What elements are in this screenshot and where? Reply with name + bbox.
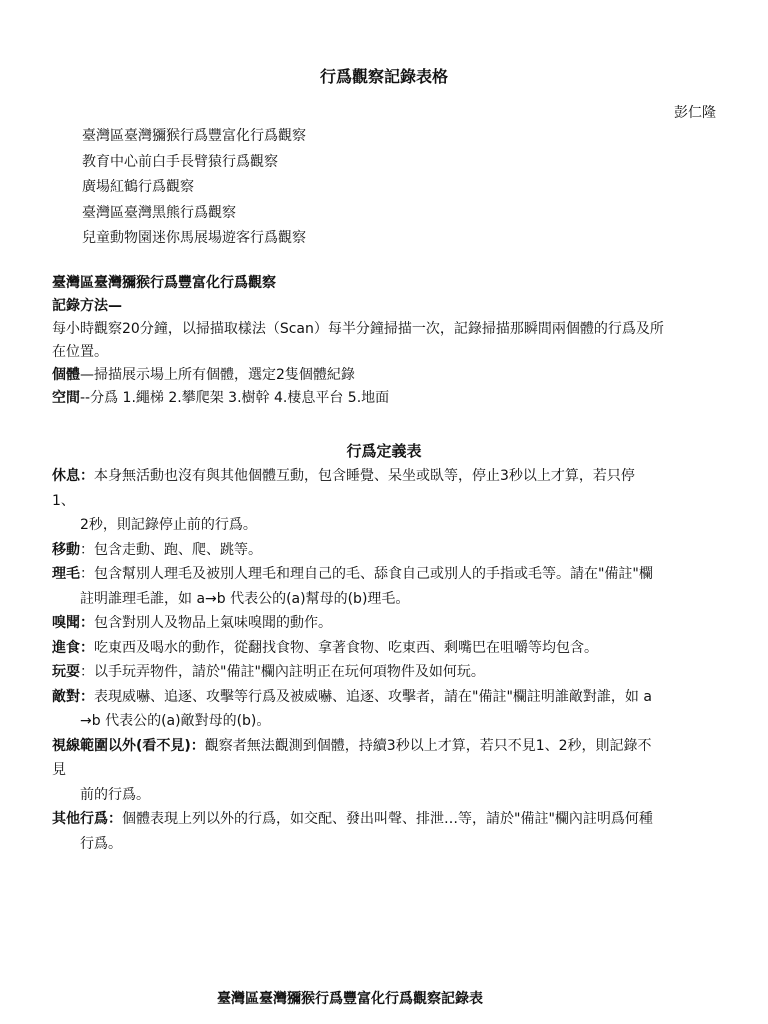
individual-row: 個體—掃描展示場上所有個體，選定2隻個體紀錄 — [52, 364, 732, 387]
toc-item: 教育中心前白手長臂猿行爲觀察 — [82, 150, 306, 176]
definition-term: 嗅聞： — [52, 615, 94, 631]
definition-term: 移動 — [52, 542, 80, 558]
definition-text: ：包含幫別人理毛及被別人理毛和理自己的毛、舔食自己或別人的手指或毛等。請在"備註… — [80, 566, 653, 582]
definition-term: 玩耍 — [52, 664, 80, 680]
method-text-line2: 在位置。 — [52, 341, 732, 364]
toc-item: 兒童動物園迷你馬展場遊客行爲觀察 — [82, 226, 306, 252]
method-label: 記錄方法— — [52, 295, 732, 318]
author-name: 彭仁隆 — [674, 102, 716, 122]
definition-out-of-sight: 視線範圍以外(看不見)：觀察者無法觀測到個體，持續3秒以上才算，若只不見1、2秒… — [52, 734, 732, 759]
definition-play: 玩耍：以手玩弄物件，請於"備註"欄內註明正在玩何項物件及如何玩。 — [52, 660, 732, 685]
definition-term: 理毛 — [52, 566, 80, 582]
behavior-definitions: 休息：本身無活動也沒有與其他個體互動，包含睡覺、呆坐或臥等，停止3秒以上才算，若… — [52, 464, 732, 856]
definition-text: 個體表現上列以外的行爲，如交配、發出叫聲、排泄…等，請於"備註"欄內註明爲何種 — [122, 811, 653, 827]
definition-hostile: 敵對：表現威嚇、追逐、攻擊等行爲及被威嚇、追逐、攻擊者，請在"備註"欄註明誰敵對… — [52, 685, 732, 710]
definition-continuation: 2秒，則記錄停止前的行爲。 — [52, 513, 732, 538]
definition-text: ：以手玩弄物件，請於"備註"欄內註明正在玩何項物件及如何玩。 — [80, 664, 485, 680]
definition-term: 休息： — [52, 468, 94, 484]
method-text-line1: 每小時觀察20分鐘，以掃描取樣法（Scan）每半分鐘掃描一次，記錄掃描那瞬間兩個… — [52, 318, 732, 341]
definition-overflow: 1、 — [52, 489, 732, 514]
space-label: 空間 — [52, 390, 80, 406]
table-of-contents: 臺灣區臺灣獼猴行爲豐富化行爲觀察 教育中心前白手長臂猿行爲觀察 廣場紅鶴行爲觀察… — [82, 124, 306, 252]
definition-sniff: 嗅聞：包含對別人及物品上氣味嗅聞的動作。 — [52, 611, 732, 636]
definition-move: 移動：包含走動、跑、爬、跳等。 — [52, 538, 732, 563]
definition-overflow: 見 — [52, 758, 732, 783]
record-sheet-title: 臺灣區臺灣獼猴行爲豐富化行爲觀察記錄表 — [0, 988, 700, 1008]
definition-continuation: 註明誰理毛誰，如 a→b 代表公的(a)幫母的(b)理毛。 — [52, 587, 732, 612]
definition-text: 本身無活動也沒有與其他個體互動，包含睡覺、呆坐或臥等，停止3秒以上才算，若只停 — [94, 468, 635, 484]
definition-continuation: 前的行爲。 — [52, 783, 732, 808]
section-macaque: 臺灣區臺灣獼猴行爲豐富化行爲觀察 記錄方法— 每小時觀察20分鐘，以掃描取樣法（… — [52, 272, 732, 410]
section-heading: 臺灣區臺灣獼猴行爲豐富化行爲觀察 — [52, 272, 732, 295]
definition-term: 敵對： — [52, 689, 94, 705]
definition-groom: 理毛：包含幫別人理毛及被別人理毛和理自己的毛、舔食自己或別人的手指或毛等。請在"… — [52, 562, 732, 587]
space-row: 空間--分爲 1.繩梯 2.攀爬架 3.樹幹 4.棲息平台 5.地面 — [52, 387, 732, 410]
definitions-heading: 行爲定義表 — [0, 440, 768, 461]
individual-label: 個體 — [52, 367, 80, 383]
definition-term: 視線範圍以外(看不見)： — [52, 738, 205, 754]
definition-text: 吃東西及喝水的動作，從翻找食物、拿著食物、吃東西、剩嘴巴在咀嚼等均包含。 — [94, 640, 598, 656]
definition-text: 觀察者無法觀測到個體，持續3秒以上才算，若只不見1、2秒，則記錄不 — [205, 738, 652, 754]
definition-feed: 進食：吃東西及喝水的動作，從翻找食物、拿著食物、吃東西、剩嘴巴在咀嚼等均包含。 — [52, 636, 732, 661]
definition-rest: 休息：本身無活動也沒有與其他個體互動，包含睡覺、呆坐或臥等，停止3秒以上才算，若… — [52, 464, 732, 489]
definition-text: 包含對別人及物品上氣味嗅聞的動作。 — [94, 615, 332, 631]
definition-continuation: →b 代表公的(a)敵對母的(b)。 — [52, 709, 732, 734]
individual-text: —掃描展示場上所有個體，選定2隻個體紀錄 — [80, 367, 355, 383]
definition-continuation: 行爲。 — [52, 832, 732, 857]
document-title: 行爲觀察記錄表格 — [0, 64, 768, 87]
space-text: --分爲 1.繩梯 2.攀爬架 3.樹幹 4.棲息平台 5.地面 — [80, 390, 389, 406]
definition-other: 其他行爲：個體表現上列以外的行爲，如交配、發出叫聲、排泄…等，請於"備註"欄內註… — [52, 807, 732, 832]
definition-term: 其他行爲： — [52, 811, 122, 827]
toc-item: 臺灣區臺灣獼猴行爲豐富化行爲觀察 — [82, 124, 306, 150]
definition-term: 進食： — [52, 640, 94, 656]
toc-item: 臺灣區臺灣黑熊行爲觀察 — [82, 201, 306, 227]
definition-text: ：包含走動、跑、爬、跳等。 — [80, 542, 262, 558]
toc-item: 廣場紅鶴行爲觀察 — [82, 175, 306, 201]
definition-text: 表現威嚇、追逐、攻擊等行爲及被威嚇、追逐、攻擊者，請在"備註"欄註明誰敵對誰，如… — [94, 689, 652, 705]
